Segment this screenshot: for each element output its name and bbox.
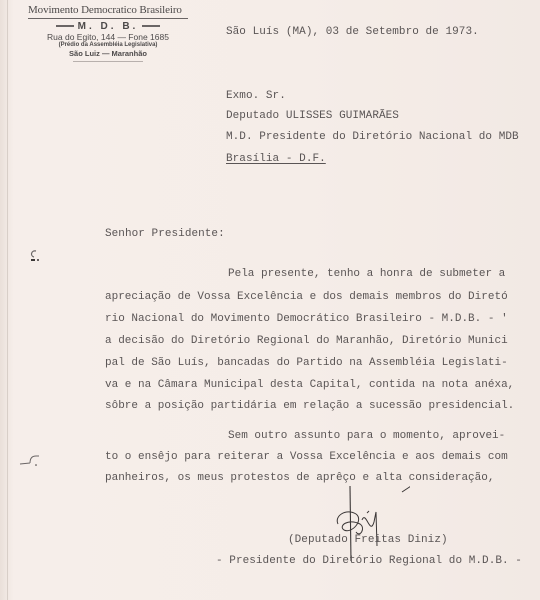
dash-left xyxy=(56,25,74,27)
paragraph-1-line-5: pal de São Luís, bancadas do Partido na … xyxy=(105,357,508,369)
letterhead-rule xyxy=(73,61,143,62)
page-edge xyxy=(7,0,8,600)
acronym-text: M. D. B. xyxy=(78,21,139,32)
recipient-line-1: Exmo. Sr. xyxy=(226,90,286,102)
letterhead-building: (Prédio da Assembléia Legislativa) xyxy=(28,42,188,48)
paragraph-2-line-2: to o ensêjo para reiterar a Vossa Excelê… xyxy=(105,451,508,463)
signatory-title: - Presidente do Diretório Regional do M.… xyxy=(216,555,522,567)
paragraph-1-line-1: Pela presente, tenho a honra de submeter… xyxy=(228,268,505,280)
paragraph-1-line-2: apreciação de Vossa Excelência e dos dem… xyxy=(105,291,508,303)
paragraph-1-line-3: rio Nacional do Movimento Democrático Br… xyxy=(105,313,508,325)
paragraph-1-line-7: sôbre a posição partidária em relação a … xyxy=(105,400,514,412)
paragraph-1-line-6: va e na Câmara Municipal desta Capital, … xyxy=(105,379,514,391)
margin-mark-icon xyxy=(18,452,42,472)
recipient-line-4: Brasília - D.F. xyxy=(226,153,326,165)
letterhead-address: Rua do Egito, 144 — Fone 1685 xyxy=(28,32,188,42)
dash-right xyxy=(142,25,160,27)
paragraph-2-line-1: Sem outro assunto para o momento, aprove… xyxy=(228,430,505,442)
paragraph-2-line-3: panheiros, os meus protestos de aprêço e… xyxy=(105,472,494,484)
date-line: São Luís (MA), 03 de Setembro de 1973. xyxy=(226,26,479,38)
letterhead-city: São Luiz — Maranhão xyxy=(28,49,188,58)
salutation: Senhor Presidente: xyxy=(105,228,225,240)
paragraph-1-line-4: a decisão do Diretório Regional do Maran… xyxy=(105,335,508,347)
recipient-line-3: M.D. Presidente do Diretório Nacional do… xyxy=(226,131,519,143)
letterhead: Movimento Democratico Brasileiro M. D. B… xyxy=(28,4,188,62)
letterhead-organization: Movimento Democratico Brasileiro xyxy=(28,4,188,19)
letter-page: Movimento Democratico Brasileiro M. D. B… xyxy=(0,0,540,600)
signatory-name: (Deputado Freitas Diniz) xyxy=(288,534,448,546)
handwritten-signature-icon xyxy=(330,486,410,566)
recipient-line-2: Deputado ULISSES GUIMARÃES xyxy=(226,110,399,122)
margin-mark-icon xyxy=(26,248,44,264)
letterhead-acronym: M. D. B. xyxy=(28,21,188,32)
